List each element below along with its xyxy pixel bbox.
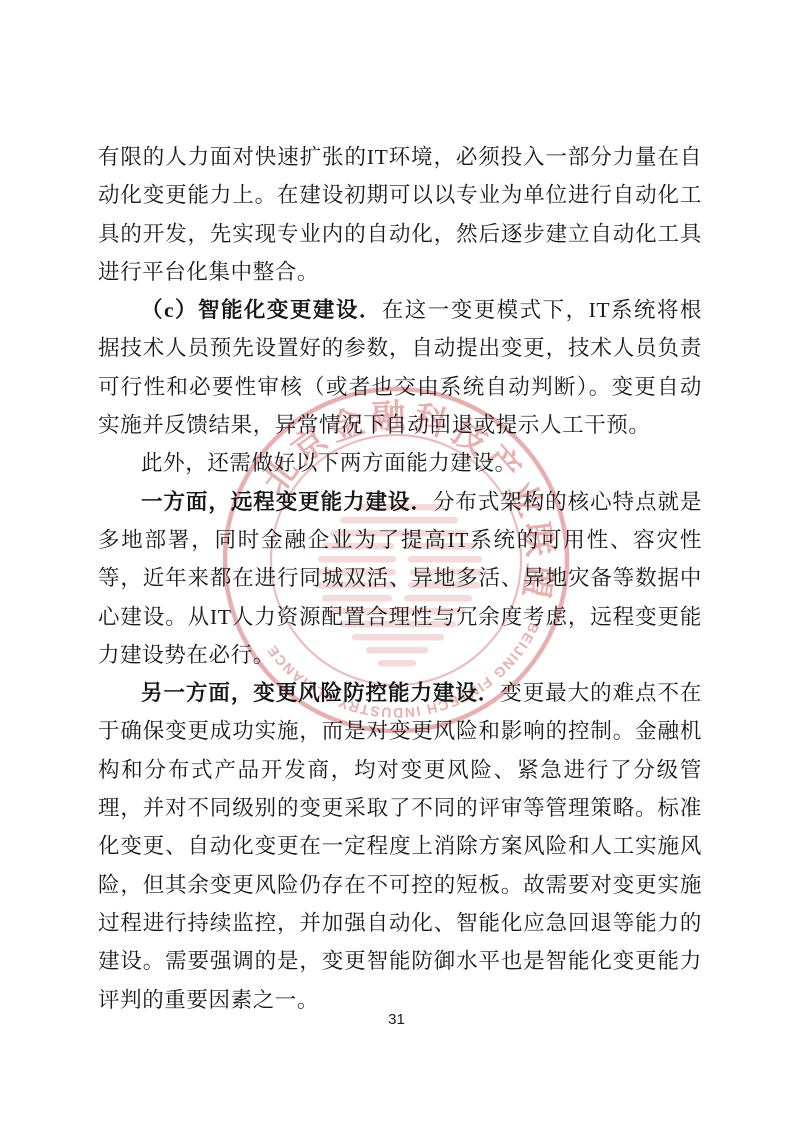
paragraph: 一方面，远程变更能力建设．分布式架构的核心特点就是多地部署，同时金融企业为了提高… [98,483,702,674]
document-page: 北京金融科技产业联盟 BEIJING FINTECH INDUSTRY ALLI… [0,0,793,1122]
paragraph-text: 有限的人力面对快速扩张的IT环境，必须投入一部分力量在自动化变更能力上。在建设初… [98,145,702,284]
paragraph: 此外，还需做好以下两方面能力建设。 [98,444,702,482]
paragraph: （c）智能化变更建设．在这一变更模式下，IT系统将根据技术人员预先设置好的参数，… [98,291,702,444]
paragraph-text: 此外，还需做好以下两方面能力建设。 [141,451,517,475]
paragraph: 有限的人力面对快速扩张的IT环境，必须投入一部分力量在自动化变更能力上。在建设初… [98,138,702,291]
paragraph-text: 变更最大的难点不在于确保变更成功实施，而是对变更风险和影响的控制。金融机构和分布… [98,681,702,1011]
page-number: 31 [0,1011,793,1028]
paragraph: 另一方面，变更风险防控能力建设．变更最大的难点不在于确保变更成功实施，而是对变更… [98,674,702,1019]
paragraph-lead: （c）智能化变更建设． [141,298,382,322]
paragraph-lead: 一方面，远程变更能力建设． [141,490,433,514]
paragraph-text: 分布式架构的核心特点就是多地部署，同时金融企业为了提高IT系统的可用性、容灾性等… [98,490,702,667]
paragraph-lead: 另一方面，变更风险防控能力建设． [141,681,500,705]
body-text: 有限的人力面对快速扩张的IT环境，必须投入一部分力量在自动化变更能力上。在建设初… [98,138,702,1019]
